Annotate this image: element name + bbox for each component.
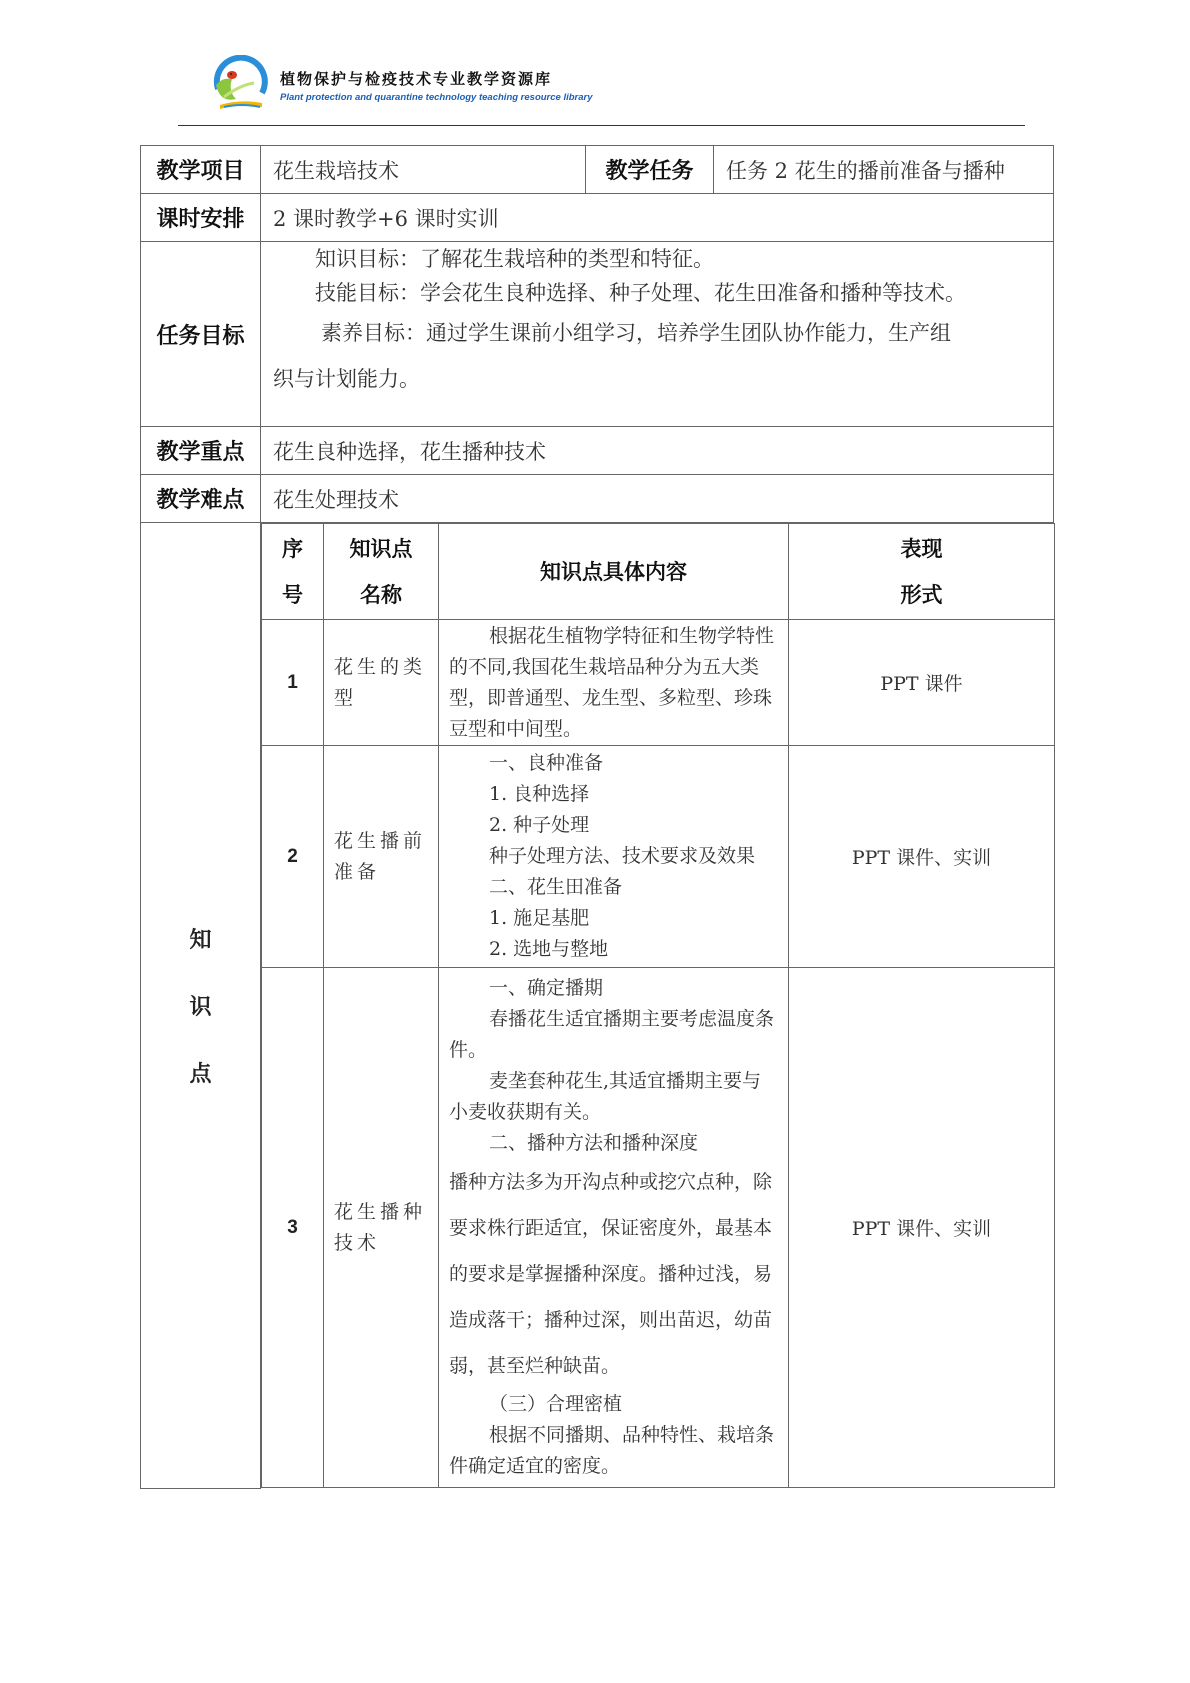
row-form: PPT 课件	[789, 620, 1055, 746]
knowledge-container: 序号 知识点名称 知识点具体内容 表现形式 1 花生的类型 根据花生植物学特征和…	[261, 523, 1054, 1489]
row-difficulty: 教学难点 花生处理技术	[141, 475, 1054, 523]
row-key: 教学重点 花生良种选择，花生播种技术	[141, 427, 1054, 475]
col-content: 知识点具体内容	[439, 524, 789, 620]
row-content: 根据花生植物学特征和生物学特性的不同,我国花生栽培品种分为五大类型，即普通型、龙…	[439, 620, 789, 746]
key-value: 花生良种选择，花生播种技术	[261, 427, 1054, 475]
row-seq: 1	[262, 620, 324, 746]
knowledge-header-row: 序号 知识点名称 知识点具体内容 表现形式	[262, 524, 1055, 620]
col-seq: 序号	[262, 524, 324, 620]
knowledge-row-3: 3 花生播种技术 一、确定播期 春播花生适宜播期主要考虑温度条件。 麦垄套种花生…	[262, 968, 1055, 1488]
goal-skill: 技能目标：学会花生良种选择、种子处理、花生田准备和播种等技术。	[273, 276, 1045, 310]
hours-value: 2 课时教学+6 课时实训	[261, 194, 1054, 242]
row-name: 花生播前准备	[324, 746, 439, 968]
goals-text: 知识目标：了解花生栽培种的类型和特征。 技能目标：学会花生良种选择、种子处理、花…	[261, 242, 1054, 427]
row-name: 花生播种技术	[324, 968, 439, 1488]
goal-literacy-cont: 织与计划能力。	[273, 356, 1045, 402]
brand-title-en: Plant protection and quarantine technolo…	[280, 92, 593, 103]
hours-label: 课时安排	[141, 194, 261, 242]
difficulty-value: 花生处理技术	[261, 475, 1054, 523]
difficulty-label: 教学难点	[141, 475, 261, 523]
goals-label: 任务目标	[141, 242, 261, 427]
header-divider	[178, 125, 1025, 126]
key-label: 教学重点	[141, 427, 261, 475]
row-knowledge: 知 识 点 序号 知识点名称 知识点具体内容 表现形式 1 花生的类型	[141, 523, 1054, 1489]
brand-title-cn: 植物保护与检疫技术专业教学资源库	[280, 68, 552, 89]
row-hours: 课时安排 2 课时教学+6 课时实训	[141, 194, 1054, 242]
row-seq: 2	[262, 746, 324, 968]
row-goals: 任务目标 知识目标：了解花生栽培种的类型和特征。 技能目标：学会花生良种选择、种…	[141, 242, 1054, 427]
row-project: 教学项目 花生栽培技术 教学任务 任务 2 花生的播前准备与播种	[141, 146, 1054, 194]
row-content: 一、确定播期 春播花生适宜播期主要考虑温度条件。 麦垄套种花生,其适宜播期主要与…	[439, 968, 789, 1488]
project-value: 花生栽培技术	[261, 146, 586, 194]
col-name: 知识点名称	[324, 524, 439, 620]
ladybug-leaf-logo-icon	[210, 55, 270, 111]
task-label: 教学任务	[586, 146, 714, 194]
row-seq: 3	[262, 968, 324, 1488]
knowledge-row-1: 1 花生的类型 根据花生植物学特征和生物学特性的不同,我国花生栽培品种分为五大类…	[262, 620, 1055, 746]
col-form: 表现形式	[789, 524, 1055, 620]
knowledge-label: 知 识 点	[141, 523, 261, 1489]
goal-literacy: 素养目标：通过学生课前小组学习，培养学生团队协作能力，生产组	[273, 310, 1045, 356]
goal-knowledge: 知识目标：了解花生栽培种的类型和特征。	[273, 242, 1045, 276]
row-name: 花生的类型	[324, 620, 439, 746]
lesson-plan-table: 教学项目 花生栽培技术 教学任务 任务 2 花生的播前准备与播种 课时安排 2 …	[140, 145, 1054, 1489]
row-form: PPT 课件、实训	[789, 968, 1055, 1488]
task-value: 任务 2 花生的播前准备与播种	[714, 146, 1054, 194]
knowledge-row-2: 2 花生播前准备 一、良种准备 1. 良种选择 2. 种子处理 种子处理方法、技…	[262, 746, 1055, 968]
page-header: 植物保护与检疫技术专业教学资源库 Plant protection and qu…	[0, 0, 1190, 130]
row-form: PPT 课件、实训	[789, 746, 1055, 968]
row-content: 一、良种准备 1. 良种选择 2. 种子处理 种子处理方法、技术要求及效果 二、…	[439, 746, 789, 968]
project-label: 教学项目	[141, 146, 261, 194]
knowledge-table: 序号 知识点名称 知识点具体内容 表现形式 1 花生的类型 根据花生植物学特征和…	[261, 523, 1055, 1488]
